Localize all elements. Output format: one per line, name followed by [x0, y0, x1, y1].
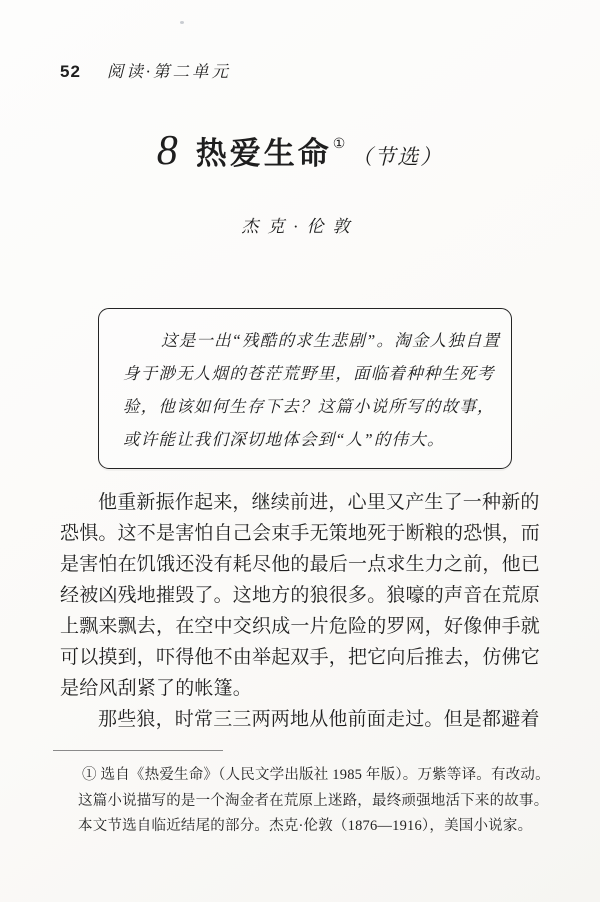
intro-line: 身于渺无人烟的苍茫荒野里，面临着种种生死考: [123, 357, 487, 390]
page-number: 52: [60, 62, 81, 82]
text-line: 那些狼，时常三三两两地从他前面走过。但是都避着: [60, 704, 544, 735]
paragraph-2: 那些狼，时常三三两两地从他前面走过。但是都避着: [60, 704, 544, 735]
text-line: 他重新振作起来，继续前进，心里又产生了一种新的: [60, 487, 544, 518]
text-line: 上飘来飘去，在空中交织成一片危险的罗网，好像伸手就: [60, 611, 544, 642]
lesson-name: 热爱生命: [196, 138, 332, 169]
author-name: 杰克·伦敦: [0, 212, 600, 237]
intro-line: 或许能让我们深切地体会到“人”的伟大。: [123, 423, 487, 456]
footnote-separator-rule: [53, 750, 223, 751]
page-header: 52 阅读·第二单元: [60, 58, 540, 82]
footnote-line: ① 选自《热爱生命》（人民文学出版社 1985 年版）。万紫等译。有改动。: [78, 763, 546, 789]
text-line: 是害怕在饥饿还没有耗尽他的最后一点求生力之前，他已: [60, 549, 544, 580]
intro-summary-box: 这是一出“残酷的求生悲剧”。淘金人独自置 身于渺无人烟的苍茫荒野里，面临着种种生…: [98, 308, 512, 469]
intro-line: 验，他该如何生存下去？这篇小说所写的故事，: [123, 390, 487, 423]
footnote-line: 这篇小说描写的是一个淘金者在荒原上迷路，最终顽强地活下来的故事。: [78, 789, 546, 815]
text-line: 恐惧。这不是害怕自己会束手无策地死于断粮的恐惧，而: [60, 518, 544, 549]
footnote-reference-mark: ①: [333, 136, 346, 153]
footnote-line: 本文节选自临近结尾的部分。杰克·伦敦（1876—1916），美国小说家。: [78, 814, 546, 840]
footnote-block: ① 选自《热爱生命》（人民文学出版社 1985 年版）。万紫等译。有改动。 这篇…: [78, 763, 546, 840]
lesson-title: 8 热爱生命 ① （节选）: [0, 130, 600, 172]
body-text: 他重新振作起来，继续前进，心里又产生了一种新的 恐惧。这不是害怕自己会束手无策地…: [60, 487, 544, 735]
text-line: 经被凶残地摧毁了。这地方的狼很多。狼嚎的声音在荒原: [60, 580, 544, 611]
paragraph-1: 他重新振作起来，继续前进，心里又产生了一种新的 恐惧。这不是害怕自己会束手无策地…: [60, 487, 544, 704]
lesson-subtitle: （节选）: [351, 141, 443, 171]
scan-speckle: [180, 21, 184, 24]
section-title: 阅读·第二单元: [107, 58, 231, 82]
text-line: 可以摸到，吓得他不由举起双手，把它向后推去，仿佛它: [60, 642, 544, 673]
intro-line: 这是一出“残酷的求生悲剧”。淘金人独自置: [123, 324, 487, 357]
textbook-page: 52 阅读·第二单元 8 热爱生命 ① （节选） 杰克·伦敦 这是一出“残酷的求…: [0, 0, 600, 902]
lesson-number: 8: [157, 130, 178, 172]
text-line: 是给风刮紧了的帐篷。: [60, 673, 544, 704]
